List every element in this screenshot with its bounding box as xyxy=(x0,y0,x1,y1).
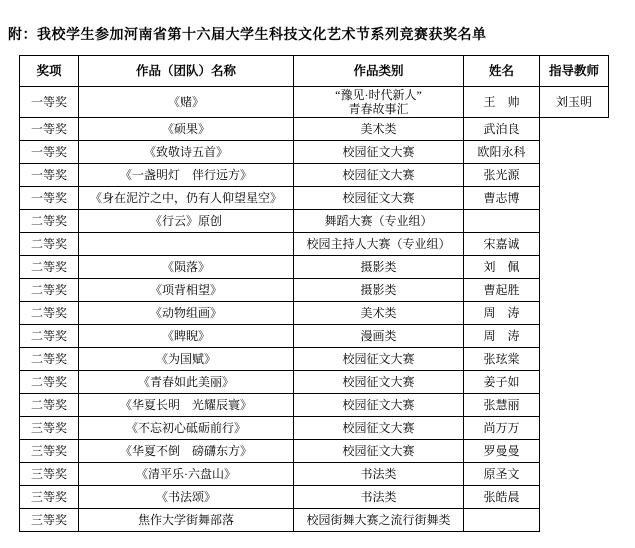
cell-category: 美术类 xyxy=(294,302,464,325)
cell-advisor xyxy=(540,463,609,486)
table-row: 三等奖《清平乐·六盘山》书法类原圣文 xyxy=(20,463,609,486)
cell-award: 二等奖 xyxy=(20,233,79,256)
cell-award: 二等奖 xyxy=(20,279,79,302)
cell-category: 校园征文大赛 xyxy=(294,371,464,394)
cell-work: 《一盏明灯 伴行远方》 xyxy=(79,164,294,187)
cell-category: 校园征文大赛 xyxy=(294,440,464,463)
cell-name xyxy=(464,509,540,532)
cell-award: 一等奖 xyxy=(20,87,79,118)
cell-advisor xyxy=(540,486,609,509)
cell-name: 尚万万 xyxy=(464,417,540,440)
col-header-advisor: 指导教师 xyxy=(540,56,609,87)
cell-work: 焦作大学街舞部落 xyxy=(79,509,294,532)
cell-category: 书法类 xyxy=(294,463,464,486)
cell-name: 曹起胜 xyxy=(464,279,540,302)
cell-work: 《书法颂》 xyxy=(79,486,294,509)
table-row: 一等奖《硕果》美术类武泊良 xyxy=(20,118,609,141)
table-row: 二等奖《陨落》摄影类刘 佩 xyxy=(20,256,609,279)
cell-advisor xyxy=(540,118,609,141)
cell-advisor xyxy=(540,509,609,532)
cell-category: 校园征文大赛 xyxy=(294,394,464,417)
cell-work: 《项背相望》 xyxy=(79,279,294,302)
cell-award: 一等奖 xyxy=(20,141,79,164)
cell-advisor xyxy=(540,417,609,440)
cell-category: “豫见·时代新人” 青春故事汇 xyxy=(294,87,464,118)
cell-work: 《硕果》 xyxy=(79,118,294,141)
cell-award: 二等奖 xyxy=(20,348,79,371)
cell-award: 三等奖 xyxy=(20,486,79,509)
cell-work: 《华夏不倒 磅礴东方》 xyxy=(79,440,294,463)
table-row: 一等奖《赌》“豫见·时代新人” 青春故事汇王 帅刘玉明 xyxy=(20,87,609,118)
cell-work: 《睥睨》 xyxy=(79,325,294,348)
cell-name: 原圣文 xyxy=(464,463,540,486)
page-title: 附：我校学生参加河南省第十六届大学生科技文化艺术节系列竞赛获奖名单 xyxy=(8,24,487,44)
cell-award: 二等奖 xyxy=(20,210,79,233)
table-row: 三等奖《华夏不倒 磅礴东方》校园征文大赛罗曼曼 xyxy=(20,440,609,463)
cell-advisor xyxy=(540,325,609,348)
cell-name: 周 涛 xyxy=(464,325,540,348)
cell-work: 《动物组画》 xyxy=(79,302,294,325)
cell-work: 《清平乐·六盘山》 xyxy=(79,463,294,486)
cell-advisor xyxy=(540,233,609,256)
cell-name: 宋嘉诚 xyxy=(464,233,540,256)
table-row: 二等奖《动物组画》美术类周 涛 xyxy=(20,302,609,325)
cell-category: 校园征文大赛 xyxy=(294,164,464,187)
cell-work: 《华夏长明 光耀辰寰》 xyxy=(79,394,294,417)
table-row: 一等奖《一盏明灯 伴行远方》校园征文大赛张光源 xyxy=(20,164,609,187)
table-row: 二等奖《行云》原创舞蹈大赛（专业组） xyxy=(20,210,609,233)
cell-category: 校园主持人大赛（专业组） xyxy=(294,233,464,256)
cell-category: 校园征文大赛 xyxy=(294,348,464,371)
cell-category: 漫画类 xyxy=(294,325,464,348)
cell-name: 周 涛 xyxy=(464,302,540,325)
cell-category: 摄影类 xyxy=(294,256,464,279)
col-header-award: 奖项 xyxy=(20,56,79,87)
cell-award: 一等奖 xyxy=(20,164,79,187)
cell-advisor xyxy=(540,141,609,164)
cell-work: 《赌》 xyxy=(79,87,294,118)
cell-advisor xyxy=(540,279,609,302)
cell-work: 《行云》原创 xyxy=(79,210,294,233)
cell-advisor xyxy=(540,394,609,417)
cell-name: 张慧丽 xyxy=(464,394,540,417)
table-row: 三等奖《书法颂》书法类张皓晨 xyxy=(20,486,609,509)
table-row: 二等奖《华夏长明 光耀辰寰》校园征文大赛张慧丽 xyxy=(20,394,609,417)
cell-name: 王 帅 xyxy=(464,87,540,118)
cell-name: 罗曼曼 xyxy=(464,440,540,463)
cell-award: 二等奖 xyxy=(20,256,79,279)
cell-award: 三等奖 xyxy=(20,417,79,440)
cell-work xyxy=(79,233,294,256)
cell-category: 美术类 xyxy=(294,118,464,141)
cell-advisor xyxy=(540,210,609,233)
cell-advisor xyxy=(540,440,609,463)
cell-award: 二等奖 xyxy=(20,325,79,348)
cell-advisor xyxy=(540,302,609,325)
cell-name: 曹志博 xyxy=(464,187,540,210)
cell-name: 张玹棠 xyxy=(464,348,540,371)
cell-category: 校园街舞大赛之流行街舞类 xyxy=(294,509,464,532)
cell-advisor xyxy=(540,187,609,210)
table-header-row: 奖项 作品（团队）名称 作品类别 姓名 指导教师 xyxy=(20,56,609,87)
cell-category: 校园征文大赛 xyxy=(294,417,464,440)
cell-name xyxy=(464,210,540,233)
table-row: 二等奖《项背相望》摄影类曹起胜 xyxy=(20,279,609,302)
cell-category: 校园征文大赛 xyxy=(294,141,464,164)
cell-advisor xyxy=(540,371,609,394)
cell-name: 张皓晨 xyxy=(464,486,540,509)
col-header-work: 作品（团队）名称 xyxy=(79,56,294,87)
cell-work: 《青春如此美丽》 xyxy=(79,371,294,394)
cell-advisor: 刘玉明 xyxy=(540,87,609,118)
awards-table: 奖项 作品（团队）名称 作品类别 姓名 指导教师 一等奖《赌》“豫见·时代新人”… xyxy=(19,55,609,532)
table-row: 三等奖焦作大学街舞部落校园街舞大赛之流行街舞类 xyxy=(20,509,609,532)
cell-name: 欧阳永科 xyxy=(464,141,540,164)
cell-award: 三等奖 xyxy=(20,463,79,486)
cell-award: 一等奖 xyxy=(20,118,79,141)
table-row: 二等奖《青春如此美丽》校园征文大赛姜子如 xyxy=(20,371,609,394)
cell-award: 三等奖 xyxy=(20,509,79,532)
col-header-name: 姓名 xyxy=(464,56,540,87)
table-row: 一等奖《身在泥泞之中，仍有人仰望星空》校园征文大赛曹志博 xyxy=(20,187,609,210)
table-row: 一等奖《致敬诗五首》校园征文大赛欧阳永科 xyxy=(20,141,609,164)
cell-category: 摄影类 xyxy=(294,279,464,302)
cell-work: 《陨落》 xyxy=(79,256,294,279)
cell-name: 姜子如 xyxy=(464,371,540,394)
table-row: 三等奖《不忘初心砥砺前行》校园征文大赛尚万万 xyxy=(20,417,609,440)
cell-award: 二等奖 xyxy=(20,371,79,394)
cell-work: 《为国赋》 xyxy=(79,348,294,371)
cell-name: 武泊良 xyxy=(464,118,540,141)
cell-advisor xyxy=(540,256,609,279)
cell-name: 张光源 xyxy=(464,164,540,187)
cell-category: 书法类 xyxy=(294,486,464,509)
cell-work: 《不忘初心砥砺前行》 xyxy=(79,417,294,440)
table-row: 二等奖《为国赋》校园征文大赛张玹棠 xyxy=(20,348,609,371)
cell-advisor xyxy=(540,164,609,187)
col-header-category: 作品类别 xyxy=(294,56,464,87)
cell-category: 舞蹈大赛（专业组） xyxy=(294,210,464,233)
table-row: 二等奖《睥睨》漫画类周 涛 xyxy=(20,325,609,348)
cell-advisor xyxy=(540,348,609,371)
cell-award: 二等奖 xyxy=(20,302,79,325)
cell-award: 二等奖 xyxy=(20,394,79,417)
cell-award: 一等奖 xyxy=(20,187,79,210)
table-row: 二等奖校园主持人大赛（专业组）宋嘉诚 xyxy=(20,233,609,256)
cell-award: 三等奖 xyxy=(20,440,79,463)
awards-table-body: 一等奖《赌》“豫见·时代新人” 青春故事汇王 帅刘玉明一等奖《硕果》美术类武泊良… xyxy=(20,87,609,532)
cell-category: 校园征文大赛 xyxy=(294,187,464,210)
cell-work: 《致敬诗五首》 xyxy=(79,141,294,164)
cell-work: 《身在泥泞之中，仍有人仰望星空》 xyxy=(79,187,294,210)
cell-name: 刘 佩 xyxy=(464,256,540,279)
